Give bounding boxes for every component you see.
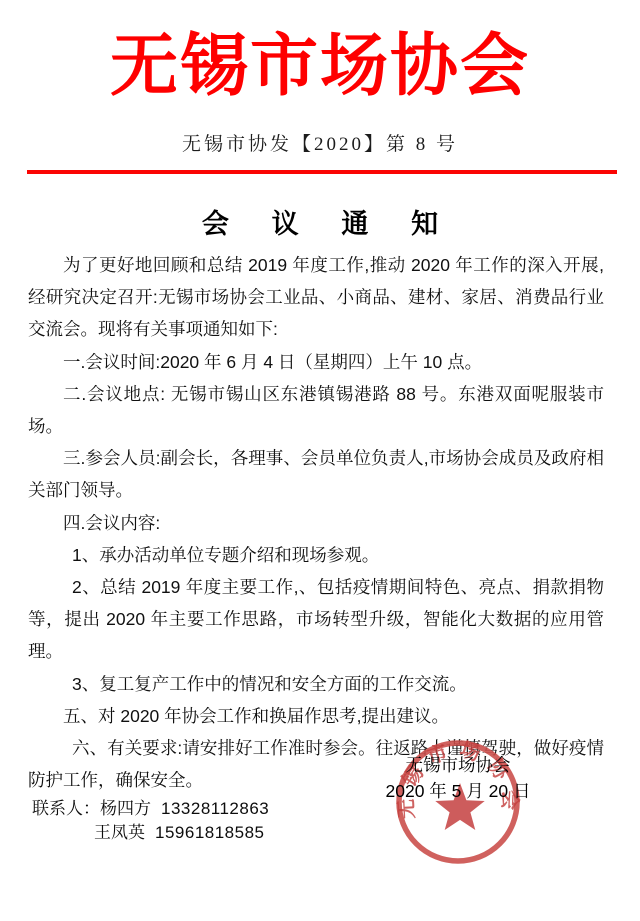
paragraph-agenda-head: 四.会议内容:: [28, 507, 604, 539]
contact-phone: 15961818585: [155, 823, 265, 842]
contact-phone: 13328112863: [161, 799, 269, 818]
signature-date: 2020 年 5 月 20 日: [383, 779, 533, 803]
paragraph-meeting-place: 二.会议地点: 无锡市锡山区东港镇锡港路 88 号。东港双面呢服装市场。: [28, 378, 604, 442]
document-number: 无锡市协发【2020】第 8 号: [0, 132, 640, 158]
contact-label: 联系人：: [32, 799, 100, 818]
notice-body: 为了更好地回顾和总结 2019 年度工作,推动 2020 年工作的深入开展,经研…: [28, 249, 604, 796]
contact-line-1: 联系人：杨四方13328112863: [32, 797, 269, 821]
signature-org: 无锡市场协会: [398, 753, 518, 777]
document-page: 无锡市场协会 无锡市协发【2020】第 8 号 会 议 通 知 为了更好地回顾和…: [0, 0, 640, 921]
org-masthead-title: 无锡市场协会: [0, 23, 640, 109]
paragraph-agenda-item-1: 1、承办活动单位专题介绍和现场参观。: [28, 539, 604, 571]
notice-title: 会 议 通 知: [0, 206, 640, 242]
contact-line-2: 王凤英15961818585: [32, 821, 269, 845]
paragraph-intro: 为了更好地回顾和总结 2019 年度工作,推动 2020 年工作的深入开展,经研…: [28, 249, 604, 346]
header-divider-rule: [27, 170, 617, 174]
paragraph-agenda-item-3: 3、复工复产工作中的情况和安全方面的工作交流。: [28, 668, 604, 700]
contact-name: 杨四方: [100, 799, 151, 818]
contact-block: 联系人：杨四方13328112863 王凤英15961818585: [32, 797, 269, 844]
paragraph-suggestions: 五、对 2020 年协会工作和换届作思考,提出建议。: [28, 700, 604, 732]
paragraph-meeting-time: 一.会议时间:2020 年 6 月 4 日（星期四）上午 10 点。: [28, 346, 604, 378]
paragraph-attendees: 三.参会人员:副会长，各理事、会员单位负责人,市场协会成员及政府相关部门领导。: [28, 442, 604, 506]
contact-name: 王凤英: [94, 823, 145, 842]
paragraph-agenda-item-2: 2、总结 2019 年度主要工作,、包括疫情期间特色、亮点、捐款捐物等，提出 2…: [28, 571, 604, 668]
